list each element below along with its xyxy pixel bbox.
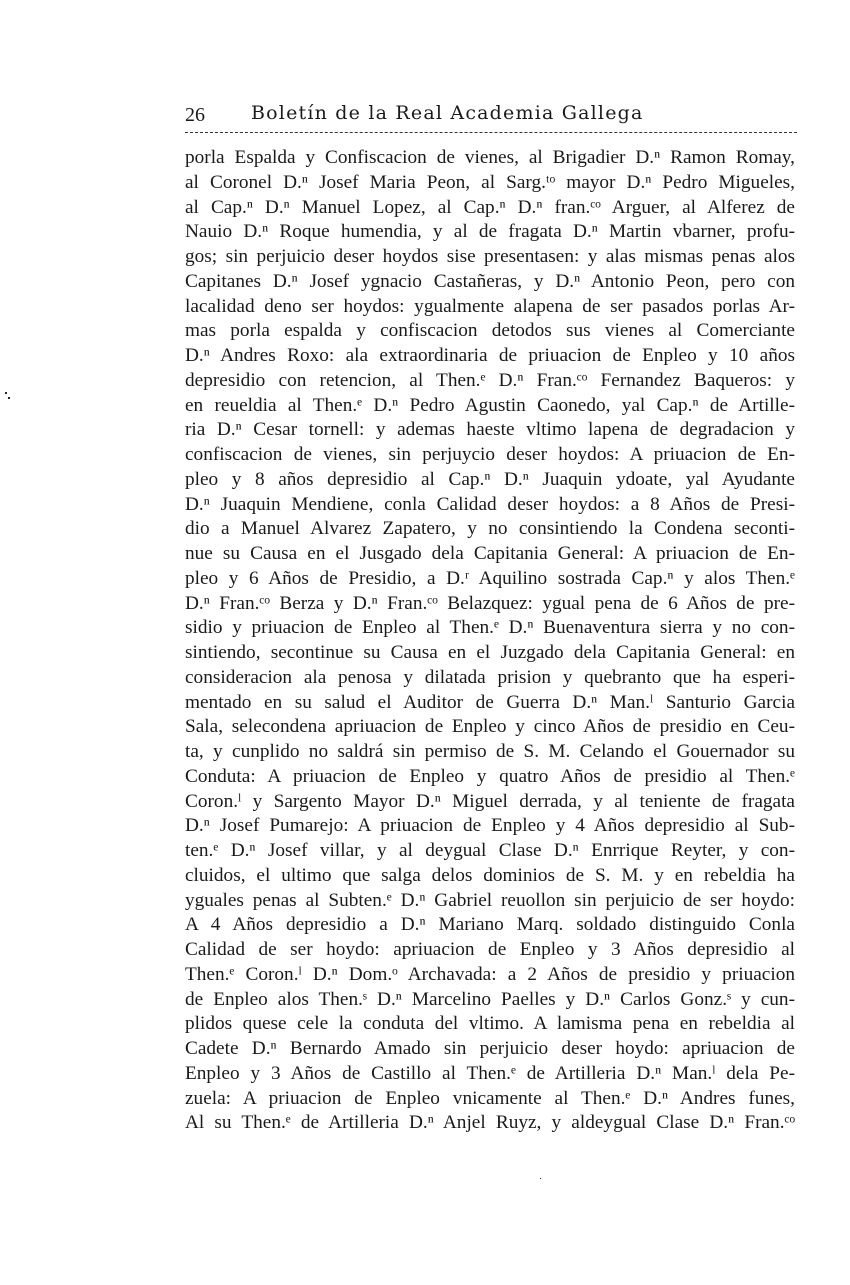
scan-speck [5,392,7,394]
text-line: consideracion ala penosa y dilatada pris… [185,666,795,691]
text-line: Enpleo y 3 Años de Castillo al Then.ᵉ de… [185,1062,795,1087]
text-line: ta, y cunplido no saldrá sin permiso de … [185,740,795,765]
text-line: Capitanes D.ⁿ Josef ygnacio Castañeras, … [185,270,795,295]
text-line: cluidos, el ultimo que salga delos domin… [185,864,795,889]
text-line: nue su Causa en el Jusgado dela Capitani… [185,542,795,567]
text-line: de Enpleo alos Then.ˢ D.ⁿ Marcelino Pael… [185,988,795,1013]
text-line: D.ⁿ Juaquin Mendiene, conla Calidad dese… [185,493,795,518]
text-line: Coron.ˡ y Sargento Mayor D.ⁿ Miguel derr… [185,790,795,815]
text-line: yguales penas al Subten.ᵉ D.ⁿ Gabriel re… [185,889,795,914]
page-number: 26 [185,104,205,127]
header-rule [185,132,797,133]
text-line: mentado en su salud el Auditor de Guerra… [185,691,795,716]
text-line: Conduta: A priuacion de Enpleo y quatro … [185,765,795,790]
text-line: Al su Then.ᵉ de Artilleria D.ⁿ Anjel Ruy… [185,1111,795,1136]
text-line: al Coronel D.ⁿ Josef Maria Peon, al Sarg… [185,171,795,196]
text-line: Calidad de ser hoydo: apriuacion de Enpl… [185,938,795,963]
text-line: zuela: A priuacion de Enpleo vnicamente … [185,1087,795,1112]
scanned-page: 26 Boletín de la Real Academia Gallega p… [0,0,850,1285]
text-line: pleo y 6 Años de Presidio, a D.ʳ Aquilin… [185,567,795,592]
running-title: Boletín de la Real Academia Gallega [251,102,644,124]
text-line: sidio y priuacion de Enpleo al Then.ᵉ D.… [185,616,795,641]
text-line: ria D.ⁿ Cesar tornell: y ademas haeste v… [185,418,795,443]
text-line: Then.ᵉ Coron.ˡ D.ⁿ Dom.ᵒ Archavada: a 2 … [185,963,795,988]
text-line: D.ⁿ Fran.ᶜᵒ Berza y D.ⁿ Fran.ᶜᵒ Belazque… [185,592,795,617]
text-line: Sala, selecondena apriuacion de Enpleo y… [185,715,795,740]
text-line: porla Espalda y Confiscacion de vienes, … [185,146,795,171]
text-line: en reueldia al Then.ᵉ D.ⁿ Pedro Agustin … [185,394,795,419]
scan-speck [8,397,10,399]
text-line: al Cap.ⁿ D.ⁿ Manuel Lopez, al Cap.ⁿ D.ⁿ … [185,196,795,221]
page-header: 26 Boletín de la Real Academia Gallega [185,100,797,134]
text-line: dio a Manuel Alvarez Zapatero, y no cons… [185,517,795,542]
text-line: A 4 Años depresidio a D.ⁿ Mariano Marq. … [185,913,795,938]
text-line: Cadete D.ⁿ Bernardo Amado sin perjuicio … [185,1037,795,1062]
text-line: Nauio D.ⁿ Roque humendia, y al de fragat… [185,220,795,245]
text-line: mas porla espalda y confiscacion detodos… [185,319,795,344]
text-line: pleo y 8 años depresidio al Cap.ⁿ D.ⁿ Ju… [185,468,795,493]
text-line: sintiendo, secontinue su Causa en el Juz… [185,641,795,666]
text-line: depresidio con retencion, al Then.ᵉ D.ⁿ … [185,369,795,394]
text-line: D.ⁿ Josef Pumarejo: A priuacion de Enple… [185,814,795,839]
text-line: plidos quese cele la conduta del vltimo.… [185,1012,795,1037]
text-line: confiscacion de vienes, sin perjuycio de… [185,443,795,468]
text-line: D.ⁿ Andres Roxo: ala extraordinaria de p… [185,344,795,369]
text-line: lacalidad deno ser hoydos: ygualmente al… [185,295,795,320]
scan-speck [540,1178,541,1179]
text-line: ten.ᵉ D.ⁿ Josef villar, y al deygual Cla… [185,839,795,864]
body-text: porla Espalda y Confiscacion de vienes, … [185,146,795,1136]
text-line: gos; sin perjuicio deser hoydos sise pre… [185,245,795,270]
